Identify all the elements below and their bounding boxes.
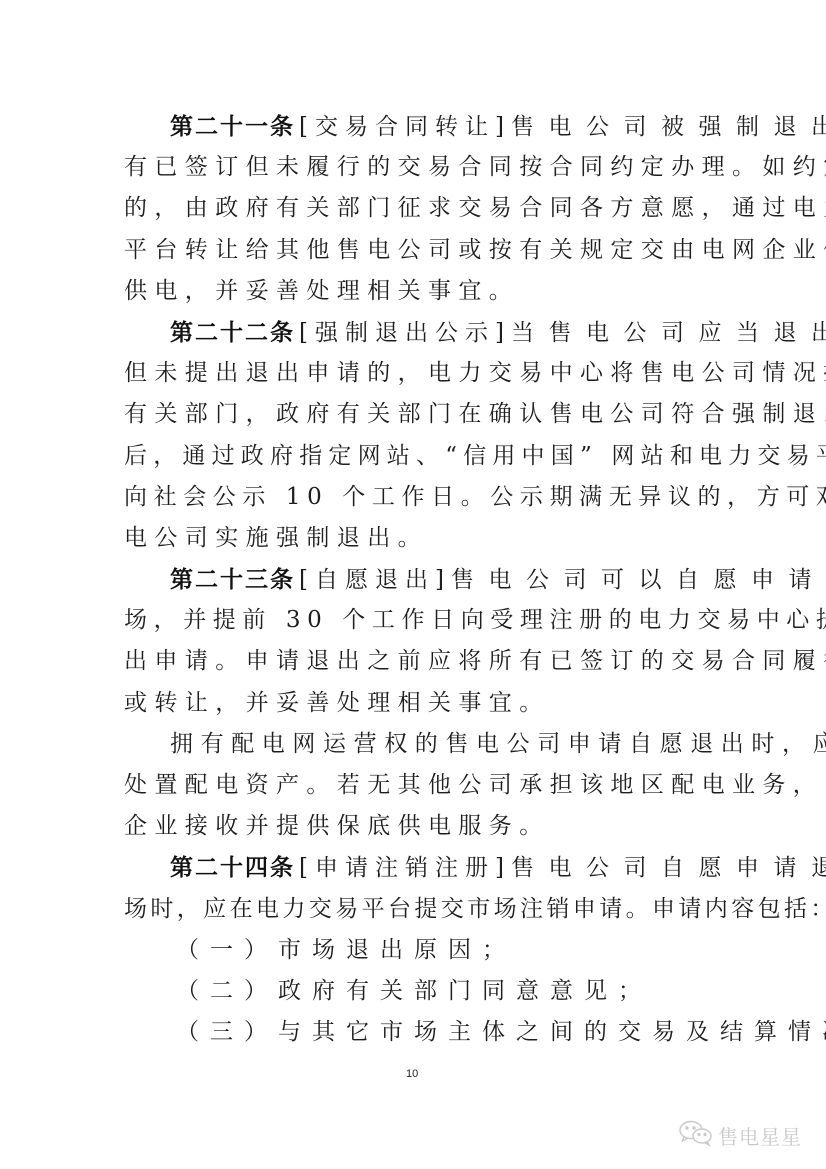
list-item: （二）政府有关部门同意意见；	[124, 971, 704, 1012]
article-text-line: 场，并提前 30 个工作日向受理注册的电力交易中心提交退	[124, 600, 704, 641]
wechat-icon	[678, 1119, 714, 1152]
article-text-line: 拥有配电网运营权的售电公司申请自愿退出时，应妥善	[124, 724, 704, 765]
article-title: 第二十三条	[170, 566, 295, 593]
article-text-line: 有已签订但未履行的交易合同按合同约定办理。如约定不明	[124, 147, 704, 188]
article-text-line: 电公司实施强制退出。	[124, 518, 704, 559]
document-page: 第二十一条[交易合同转让]售电公司被强制退出，其所 有已签订但未履行的交易合同按…	[124, 106, 704, 1053]
article-title: 第二十一条	[170, 113, 295, 140]
article-title: 第二十四条	[170, 854, 295, 881]
article-22-first-line: 第二十二条[强制退出公示]当售电公司应当退出市场	[124, 312, 704, 353]
article-text-line: 有关部门，政府有关部门在确认售电公司符合强制退出条件	[124, 394, 704, 435]
article-21-first-line: 第二十一条[交易合同转让]售电公司被强制退出，其所	[124, 106, 704, 147]
article-tag: [申请注销注册]	[299, 855, 511, 881]
article-title: 第二十二条	[170, 319, 295, 346]
watermark-text: 售电星星	[718, 1121, 802, 1150]
article-text-line: 平台转让给其他售电公司或按有关规定交由电网企业保底	[124, 230, 704, 271]
article-tag: [交易合同转让]	[299, 114, 511, 140]
article-text-line: 企业接收并提供保底供电服务。	[124, 806, 704, 847]
list-item: （三）与其它市场主体之间的交易及结算情况；	[124, 1012, 704, 1053]
article-text-line: 场时，应在电力交易平台提交市场注销申请。申请内容包括：	[124, 889, 704, 930]
article-24-first-line: 第二十四条[申请注销注册]售电公司自愿申请退出市	[124, 847, 704, 888]
article-text-line: 后，通过政府指定网站、“信用中国” 网站和电力交易平台	[124, 436, 704, 477]
list-item: （一）市场退出原因；	[124, 930, 704, 971]
article-text-line: 或转让，并妥善处理相关事宜。	[124, 683, 704, 724]
article-text-line: 的，由政府有关部门征求交易合同各方意愿，通过电力交易	[124, 188, 704, 229]
article-tag: [自愿退出]	[299, 567, 451, 593]
article-text-line: 供电，并妥善处理相关事宜。	[124, 271, 704, 312]
article-text: 当售电公司应当退出市场	[511, 320, 826, 346]
page-number: 10	[406, 1068, 418, 1080]
article-text-line: 向社会公示 10 个工作日。公示期满无异议的，方可对该售	[124, 477, 704, 518]
article-tag: [强制退出公示]	[299, 320, 511, 346]
watermark: 售电星星	[678, 1119, 802, 1152]
article-23-first-line: 第二十三条[自愿退出]售电公司可以自愿申请退出市	[124, 559, 704, 600]
article-text: 售电公司可以自愿申请退出市	[451, 567, 826, 593]
article-text: 售电公司被强制退出，其所	[511, 114, 826, 140]
article-text-line: 处置配电资产。若无其他公司承担该地区配电业务，由电网	[124, 765, 704, 806]
article-text-line: 出申请。申请退出之前应将所有已签订的交易合同履行完毕	[124, 641, 704, 682]
article-text: 售电公司自愿申请退出市	[511, 855, 826, 881]
article-text-line: 但未提出退出申请的，电力交易中心将售电公司情况报政府	[124, 353, 704, 394]
